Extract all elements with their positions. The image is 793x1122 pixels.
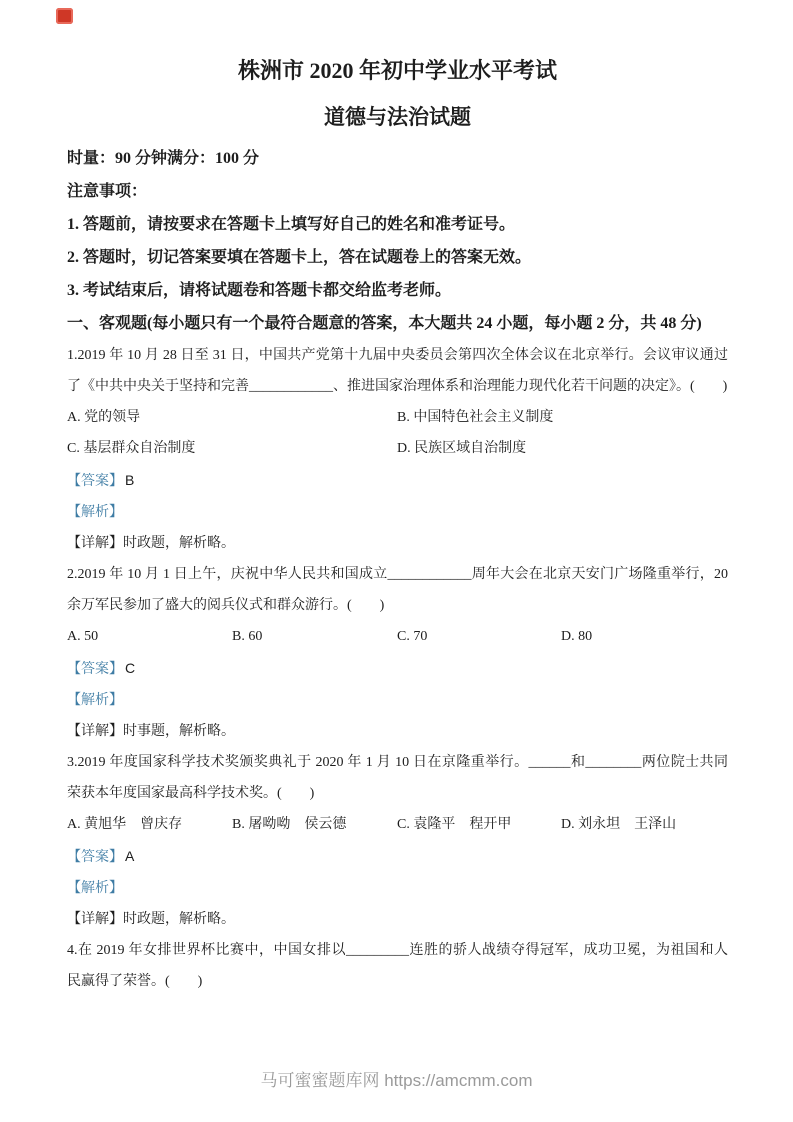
option-c: C. 基层群众自治制度 <box>67 440 397 458</box>
option-a: A. 50 <box>67 628 232 646</box>
question-3: 3.2019 年度国家科学技术奖颁奖典礼于 2020 年 1 月 10 日在京隆… <box>67 754 728 929</box>
duration-score-line: 时量：90 分钟满分：100 分 <box>67 149 728 169</box>
option-c: C. 70 <box>397 628 561 646</box>
document-content: 株洲市 2020 年初中学业水平考试 道德与法治试题 时量：90 分钟满分：10… <box>67 58 728 1004</box>
detail-text: 时政题，解析略。 <box>123 536 235 551</box>
detail-label: 【详解】 <box>67 536 123 551</box>
notice-item-1: 1. 答题前，请按要求在答题卡上填写好自己的姓名和准考证号。 <box>67 215 728 235</box>
section-heading: 一、客观题(每小题只有一个最符合题意的答案，本大题共 24 小题，每小题 2 分… <box>67 314 728 334</box>
question-options: A. 黄旭华 曾庆存 B. 屠呦呦 侯云德 C. 袁隆平 程开甲 D. 刘永坦 … <box>67 816 728 834</box>
analysis-label: 【解析】 <box>67 880 728 898</box>
detail-label: 【详解】 <box>67 912 123 927</box>
answer-value: A <box>125 848 134 864</box>
question-text-line: 2.2019 年 10 月 1 日上午，庆祝中华人民共和国成立_________… <box>67 566 728 584</box>
question-text-line: 了《中共中央关于坚持和完善____________、推进国家治理体系和治理能力现… <box>67 378 728 396</box>
detail-line: 【详解】时政题，解析略。 <box>67 535 728 553</box>
answer-line: 【答案】C <box>67 659 728 679</box>
question-4: 4.在 2019 年女排世界杯比赛中，中国女排以_________连胜的骄人战绩… <box>67 942 728 991</box>
answer-value: C <box>125 660 135 676</box>
detail-line: 【详解】时事题，解析略。 <box>67 723 728 741</box>
answer-line: 【答案】B <box>67 471 728 491</box>
option-c: C. 袁隆平 程开甲 <box>397 816 561 834</box>
answer-label: 【答案】 <box>67 474 123 489</box>
option-a: A. 党的领导 <box>67 409 397 427</box>
answer-line: 【答案】A <box>67 847 728 867</box>
question-options: A. 50 B. 60 C. 70 D. 80 <box>67 628 728 646</box>
question-text-line: 余万军民参加了盛大的阅兵仪式和群众游行。( ) <box>67 597 728 615</box>
question-2: 2.2019 年 10 月 1 日上午，庆祝中华人民共和国成立_________… <box>67 566 728 741</box>
answer-value: B <box>125 472 134 488</box>
option-d: D. 刘永坦 王泽山 <box>561 816 728 834</box>
detail-text: 时事题，解析略。 <box>123 724 235 739</box>
detail-line: 【详解】时政题，解析略。 <box>67 911 728 929</box>
question-text-line: 民赢得了荣誉。( ) <box>67 973 728 991</box>
question-text-line: 1.2019 年 10 月 28 日至 31 日，中国共产党第十九届中央委员会第… <box>67 347 728 365</box>
question-1: 1.2019 年 10 月 28 日至 31 日，中国共产党第十九届中央委员会第… <box>67 347 728 553</box>
analysis-label: 【解析】 <box>67 692 728 710</box>
exam-document-page: 株洲市 2020 年初中学业水平考试 道德与法治试题 时量：90 分钟满分：10… <box>0 0 793 1122</box>
question-options: A. 党的领导 B. 中国特色社会主义制度 C. 基层群众自治制度 D. 民族区… <box>67 409 728 458</box>
detail-text: 时政题，解析略。 <box>123 912 235 927</box>
analysis-label: 【解析】 <box>67 504 728 522</box>
answer-label: 【答案】 <box>67 662 123 677</box>
red-seal-icon <box>56 8 73 24</box>
notice-item-3: 3. 考试结束后，请将试题卷和答题卡都交给监考老师。 <box>67 281 728 301</box>
option-d: D. 80 <box>561 628 728 646</box>
option-b: B. 60 <box>232 628 397 646</box>
question-text-line: 3.2019 年度国家科学技术奖颁奖典礼于 2020 年 1 月 10 日在京隆… <box>67 754 728 772</box>
option-d: D. 民族区域自治制度 <box>397 440 728 458</box>
question-text-line: 4.在 2019 年女排世界杯比赛中，中国女排以_________连胜的骄人战绩… <box>67 942 728 960</box>
option-b: B. 中国特色社会主义制度 <box>397 409 728 427</box>
question-text-line: 荣获本年度国家最高科学技术奖。( ) <box>67 785 728 803</box>
exam-subtitle: 道德与法治试题 <box>67 105 728 130</box>
detail-label: 【详解】 <box>67 724 123 739</box>
site-watermark: 马可蜜蜜题库网 https://amcmm.com <box>0 1066 793 1091</box>
answer-label: 【答案】 <box>67 850 123 865</box>
notice-title: 注意事项： <box>67 182 728 202</box>
notice-item-2: 2. 答题时，切记答案要填在答题卡上，答在试题卷上的答案无效。 <box>67 248 728 268</box>
exam-title: 株洲市 2020 年初中学业水平考试 <box>67 58 728 84</box>
option-b: B. 屠呦呦 侯云德 <box>232 816 397 834</box>
option-a: A. 黄旭华 曾庆存 <box>67 816 232 834</box>
